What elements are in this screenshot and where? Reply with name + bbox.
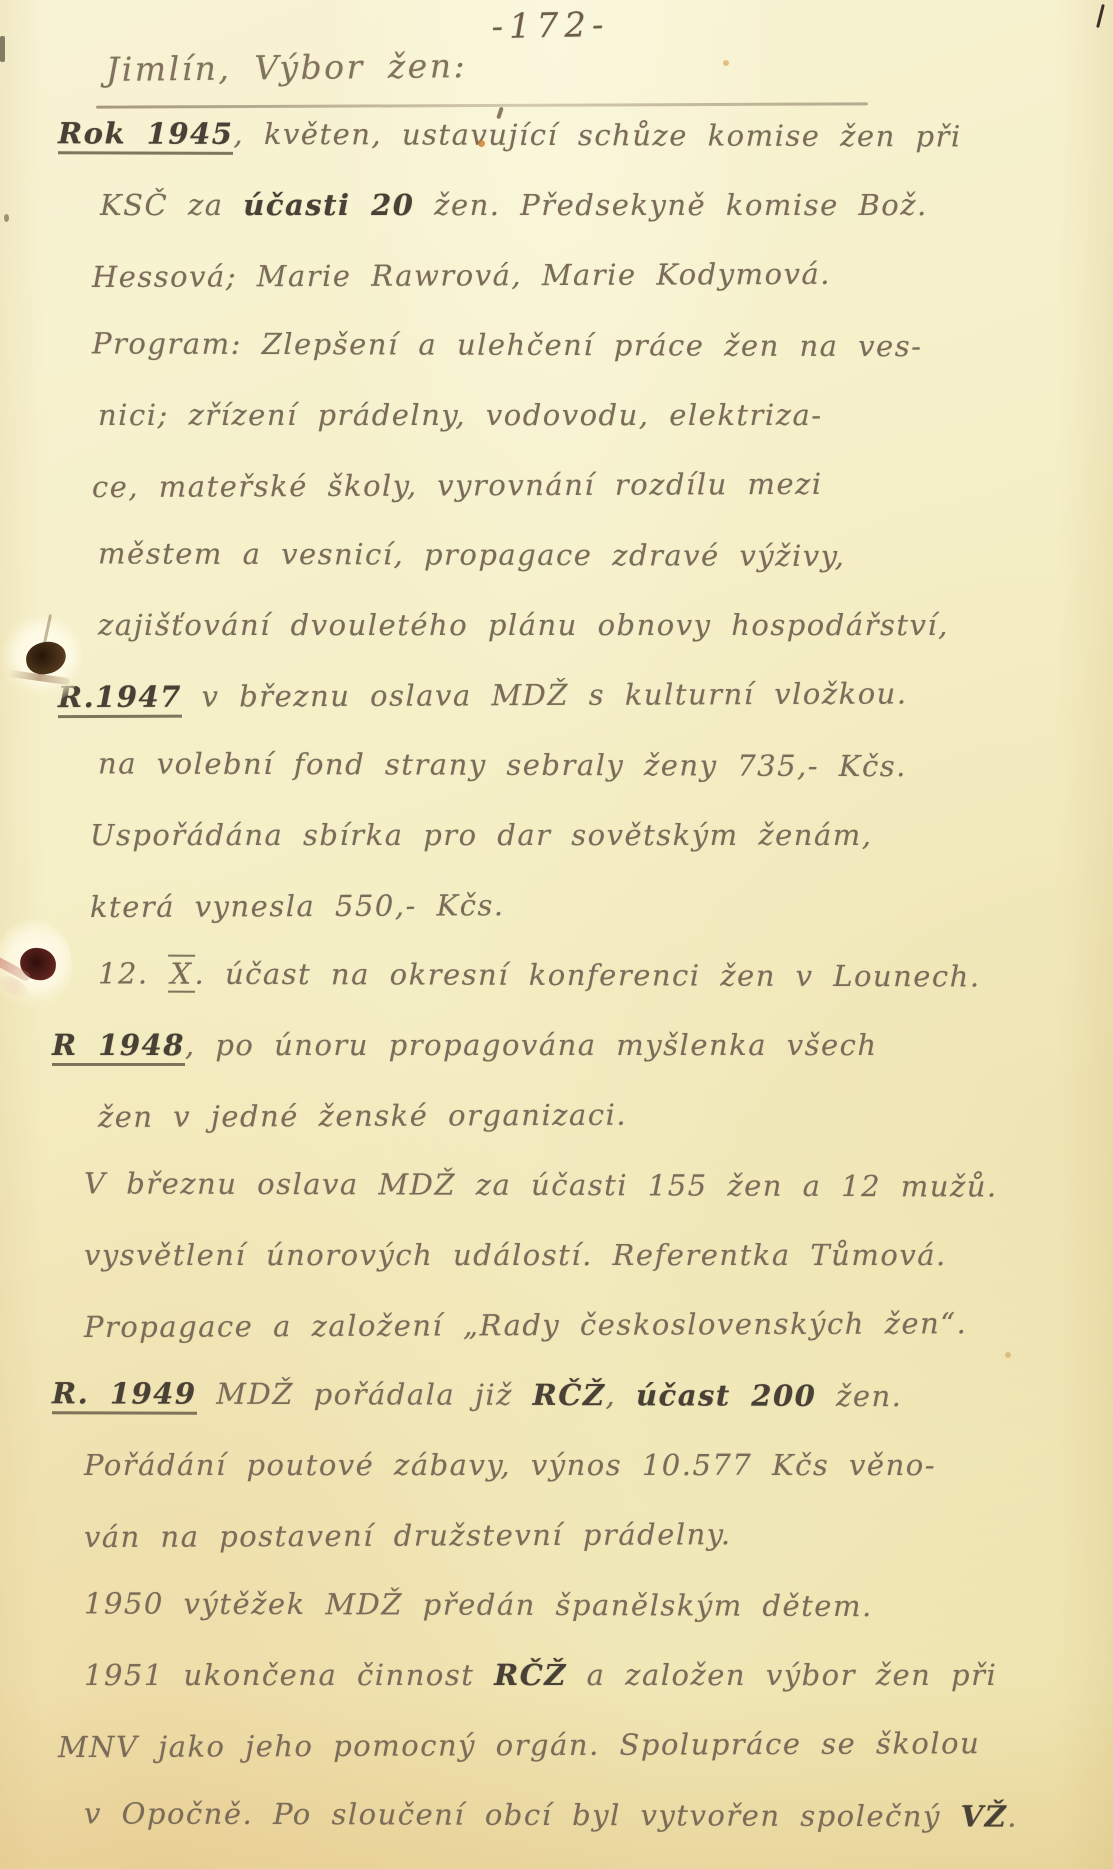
text-segment: Hessová; Marie Rawrová, Marie Kodymová. xyxy=(92,257,831,294)
page-title: Jimlín, Výbor žen: xyxy=(106,46,467,89)
handwritten-line: 1950 výtěžek MDŽ předán španělským dětem… xyxy=(0,1586,1113,1660)
text-segment: žen v jedné ženské organizaci. xyxy=(98,1098,627,1134)
stain-speck xyxy=(1005,1352,1011,1358)
text-segment: VŽ xyxy=(961,1799,1008,1833)
paper-crack xyxy=(43,614,52,644)
text-segment: V březnu oslava MDŽ za účasti 155 žen a … xyxy=(84,1166,998,1203)
year-heading: R 1948 xyxy=(52,1028,185,1066)
edge-mark xyxy=(4,214,9,222)
text-segment: . účast na okresní konferenci žen v Loun… xyxy=(195,957,981,994)
text-segment: v březnu oslava MDŽ s kulturní vložkou. xyxy=(182,676,908,713)
handwritten-line: Propagace a založení „Rady československ… xyxy=(0,1306,1113,1381)
handwritten-line: na volební fond strany sebraly ženy 735,… xyxy=(0,746,1113,820)
handwritten-line: V březnu oslava MDŽ za účasti 155 žen a … xyxy=(0,1166,1113,1240)
handwritten-line: R.1947 v březnu oslava MDŽ s kulturní vl… xyxy=(0,676,1113,751)
text-segment: , květen, ustavující schůze komise žen p… xyxy=(233,117,961,154)
punch-hole-top xyxy=(2,612,84,704)
text-segment: nici; zřízení prádelny, vodovodu, elektr… xyxy=(98,398,823,432)
text-segment: . xyxy=(1007,1800,1018,1834)
handwritten-line: Program: Zlepšení a ulehčení práce žen n… xyxy=(0,326,1113,400)
year-heading: R. 1949 xyxy=(52,1376,197,1415)
text-segment: ce, mateřské školy, vyrovnání rozdílu me… xyxy=(92,467,823,504)
text-segment: na volební fond strany sebraly ženy 735,… xyxy=(98,746,907,783)
text-segment: MNV jako jeho pomocný orgán. Spolupráce … xyxy=(58,1726,980,1764)
text-segment: Pořádání poutové zábavy, výnos 10.577 Kč… xyxy=(84,1448,936,1482)
text-segment: která vynesla 550,- Kčs. xyxy=(90,888,505,924)
text-segment: RČŽ xyxy=(494,1658,567,1692)
text-segment: 1951 ukončena činnost xyxy=(84,1658,494,1692)
stain-speck xyxy=(723,60,729,66)
handwritten-line: R 1948, po únoru propagována myšlenka vš… xyxy=(0,1028,1113,1098)
handwritten-line: ván na postavení družstevní prádelny. xyxy=(0,1516,1113,1591)
text-segment: účast 200 xyxy=(636,1378,817,1413)
text-segment: městem a vesnicí, propagace zdravé výživ… xyxy=(98,536,845,573)
text-segment: , xyxy=(605,1378,636,1412)
text-segment: Program: Zlepšení a ulehčení práce žen n… xyxy=(92,326,922,363)
handwritten-line: Uspořádána sbírka pro dar sovětským žená… xyxy=(0,818,1113,888)
text-segment: , po únoru propagována myšlenka všech xyxy=(185,1028,878,1062)
text-segment: v Opočně. Po sloučení obcí byl vytvořen … xyxy=(84,1796,961,1833)
handwritten-line: vysvětlení únorových událostí. Referentk… xyxy=(0,1238,1113,1308)
text-segment: KSČ za xyxy=(100,188,243,222)
text-segment: ván na postavení družstevní prádelny. xyxy=(84,1517,732,1554)
handwritten-line: R. 1949 MDŽ pořádala již RČŽ, účast 200 … xyxy=(0,1376,1113,1450)
text-segment: 12. xyxy=(98,956,168,990)
handwritten-line: Hessová; Marie Rawrová, Marie Kodymová. xyxy=(0,256,1113,331)
handwritten-line: v Opočně. Po sloučení obcí byl vytvořen … xyxy=(0,1796,1113,1869)
handwritten-line: zajišťování dvouletého plánu obnovy hosp… xyxy=(0,608,1113,678)
handwritten-line: ce, mateřské školy, vyrovnání rozdílu me… xyxy=(0,466,1113,541)
handwritten-line: která vynesla 550,- Kčs. xyxy=(0,886,1113,961)
handwritten-line: nici; zřízení prádelny, vodovodu, elektr… xyxy=(0,398,1113,468)
punch-hole-core xyxy=(24,639,68,676)
text-segment: zajišťování dvouletého plánu obnovy hosp… xyxy=(98,608,949,642)
year-heading: Rok 1945 xyxy=(58,116,233,155)
page-number: -172- xyxy=(0,0,1107,56)
text-segment: účasti 20 xyxy=(243,188,414,222)
handwritten-line: KSČ za účasti 20 žen. Předsekyně komise … xyxy=(0,188,1113,258)
year-heading: R.1947 xyxy=(58,680,182,719)
text-segment: a založen výbor žen při xyxy=(567,1658,997,1692)
handwritten-line: MNV jako jeho pomocný orgán. Spolupráce … xyxy=(0,1726,1113,1801)
chronicle-page: -172- Jimlín, Výbor žen: Rok 1945, květe… xyxy=(0,0,1113,1869)
title-underline xyxy=(96,102,868,108)
handwritten-line: žen v jedné ženské organizaci. xyxy=(0,1096,1113,1171)
text-segment: RČŽ xyxy=(533,1378,606,1412)
edge-mark xyxy=(0,36,5,62)
text-segment: Propagace a založení „Rady československ… xyxy=(84,1306,968,1344)
handwritten-line: Rok 1945, květen, ustavující schůze komi… xyxy=(0,116,1113,190)
text-segment: 1950 výtěžek MDŽ předán španělským dětem… xyxy=(84,1586,873,1623)
handwritten-line: Pořádání poutové zábavy, výnos 10.577 Kč… xyxy=(0,1448,1113,1518)
text-segment: Uspořádána sbírka pro dar sovětským žená… xyxy=(90,818,872,852)
handwritten-line: 12. X. účast na okresní konferenci žen v… xyxy=(0,956,1113,1030)
stain-speck xyxy=(478,140,485,147)
text-segment: vysvětlení únorových událostí. Referentk… xyxy=(84,1238,947,1272)
text-segment: X xyxy=(168,955,194,993)
handwritten-text-body: Rok 1945, květen, ustavující schůze komi… xyxy=(0,118,1113,1868)
text-segment: žen. Předsekyně komise Bož. xyxy=(414,188,927,222)
handwritten-line: městem a vesnicí, propagace zdravé výživ… xyxy=(0,536,1113,610)
text-segment: MDŽ pořádala již xyxy=(197,1377,533,1412)
text-segment: žen. xyxy=(816,1379,902,1413)
handwritten-line: 1951 ukončena činnost RČŽ a založen výbo… xyxy=(0,1658,1113,1728)
